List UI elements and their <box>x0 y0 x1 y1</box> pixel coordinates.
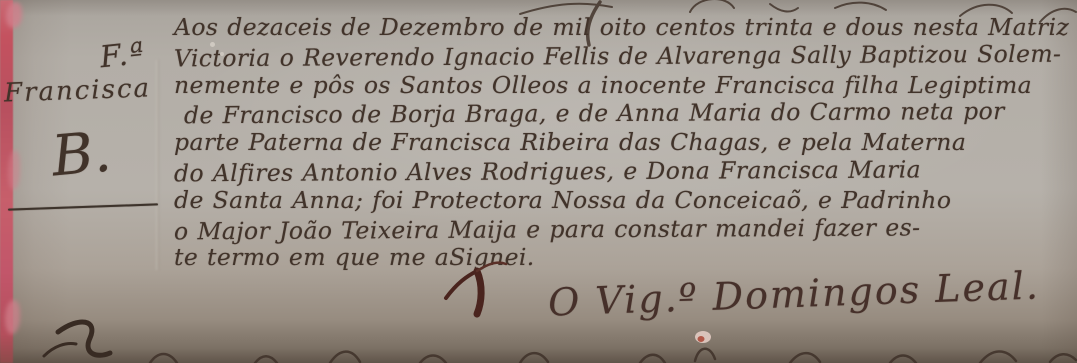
manuscript-page: F.ª Francisca B. Aos dezaceis de Dezembr… <box>0 0 1077 363</box>
margin-initial-b: B. <box>49 120 113 190</box>
record-line: Aos dezaceis de Dezembro de mil oito cen… <box>174 13 1074 42</box>
record-line: Victoria o Reverendo Ignacio Fellis de A… <box>174 39 1074 73</box>
record-line: do Alfires Antonio Alves Rodrigues, e Do… <box>174 155 1074 189</box>
margin-rule <box>8 203 158 210</box>
paper-speck <box>220 52 224 56</box>
margin-name: Francisca <box>4 73 152 108</box>
record-line: o Major João Teixeira Maija e para const… <box>174 212 1074 246</box>
record-line: de Francisco de Borja Braga, e de Anna M… <box>174 97 1074 131</box>
margin-abbreviation: F.ª <box>98 36 147 76</box>
bottom-left-flourish <box>44 322 110 356</box>
paper-crease <box>156 60 159 270</box>
vicar-signature: O Vig.º Domingos Leal. <box>547 263 1040 324</box>
red-edge-blob <box>5 300 20 334</box>
paper-speck <box>210 42 215 47</box>
cut-off-line-bottom <box>150 349 1076 363</box>
record-line: de Santa Anna; foi Protectora Nossa da C… <box>174 186 1074 215</box>
paper-damage-spot <box>695 331 711 343</box>
red-edge-blob <box>8 150 20 190</box>
record-line: parte Paterna de Francisca Ribeira das C… <box>174 128 1074 157</box>
red-edge-blob <box>6 2 22 28</box>
record-line: nemente e pôs os Santos Olleos a inocent… <box>174 71 1074 100</box>
record-body: Aos dezaceis de Dezembro de mil oito cen… <box>174 13 1074 272</box>
